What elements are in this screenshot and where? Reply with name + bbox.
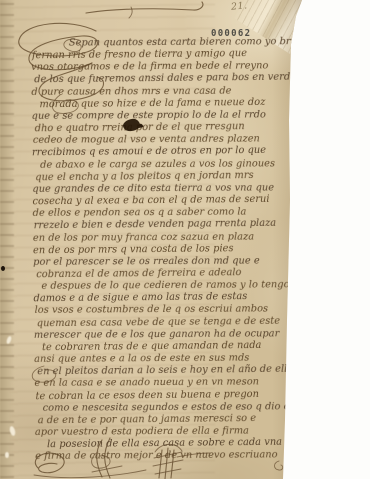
manuscript-line: de ellos e pendon sea os q a saber como … xyxy=(33,206,289,220)
heading-rule-flourish xyxy=(86,2,203,18)
manuscript-text-block: Sepan quantos esta carta bieren como yo … xyxy=(31,36,291,464)
manuscript-line: vnos otorgamos e de la firma en bede el … xyxy=(31,61,287,75)
manuscript-page: 21. 000062 xyxy=(0,0,370,479)
manuscript-line: por el parescer se le os rreales don md … xyxy=(33,255,289,269)
manuscript-line: d pure causa en dhos mrs e vna casa de xyxy=(31,85,287,99)
manuscript-line: apor vuestro d esta podiera de ella e fi… xyxy=(35,425,291,439)
manuscript-line: merescer que de e los que ganaron ha de … xyxy=(34,328,290,342)
manuscript-line: los vsos e costumbres de le q os escriui… xyxy=(35,304,290,318)
manuscript-line: cedeo de mogue al vso e venta andres pla… xyxy=(33,133,288,147)
manuscript-line: e en la casa e se anado nueua y en vn me… xyxy=(34,377,290,391)
manuscript-line: e firma de castro mejor e de vn nuevo es… xyxy=(35,450,291,464)
manuscript-line: que grandes de ce dito esta tierra a vos… xyxy=(32,182,288,196)
scanned-manuscript-document: 21. 000062 xyxy=(0,0,370,479)
manuscript-line: ansi que antes e a la os de este en sus … xyxy=(34,352,290,366)
manuscript-line: como e nescesita segundos e estos de eso… xyxy=(43,401,291,415)
manuscript-line: de abaxo e le carga se azules a vos los … xyxy=(40,158,288,172)
manuscript-line: e despues de lo que cedieren de ramos y … xyxy=(41,279,289,293)
ink-dot xyxy=(1,266,5,271)
manuscript-line: en de los por muy franca coz sazua en pl… xyxy=(33,231,289,245)
manuscript-line: que e se compre de este propio lo de la … xyxy=(32,109,288,123)
manuscript-line: Sepan quantos esta carta bieren como yo … xyxy=(69,36,287,49)
paper-damage-speck xyxy=(5,452,9,458)
